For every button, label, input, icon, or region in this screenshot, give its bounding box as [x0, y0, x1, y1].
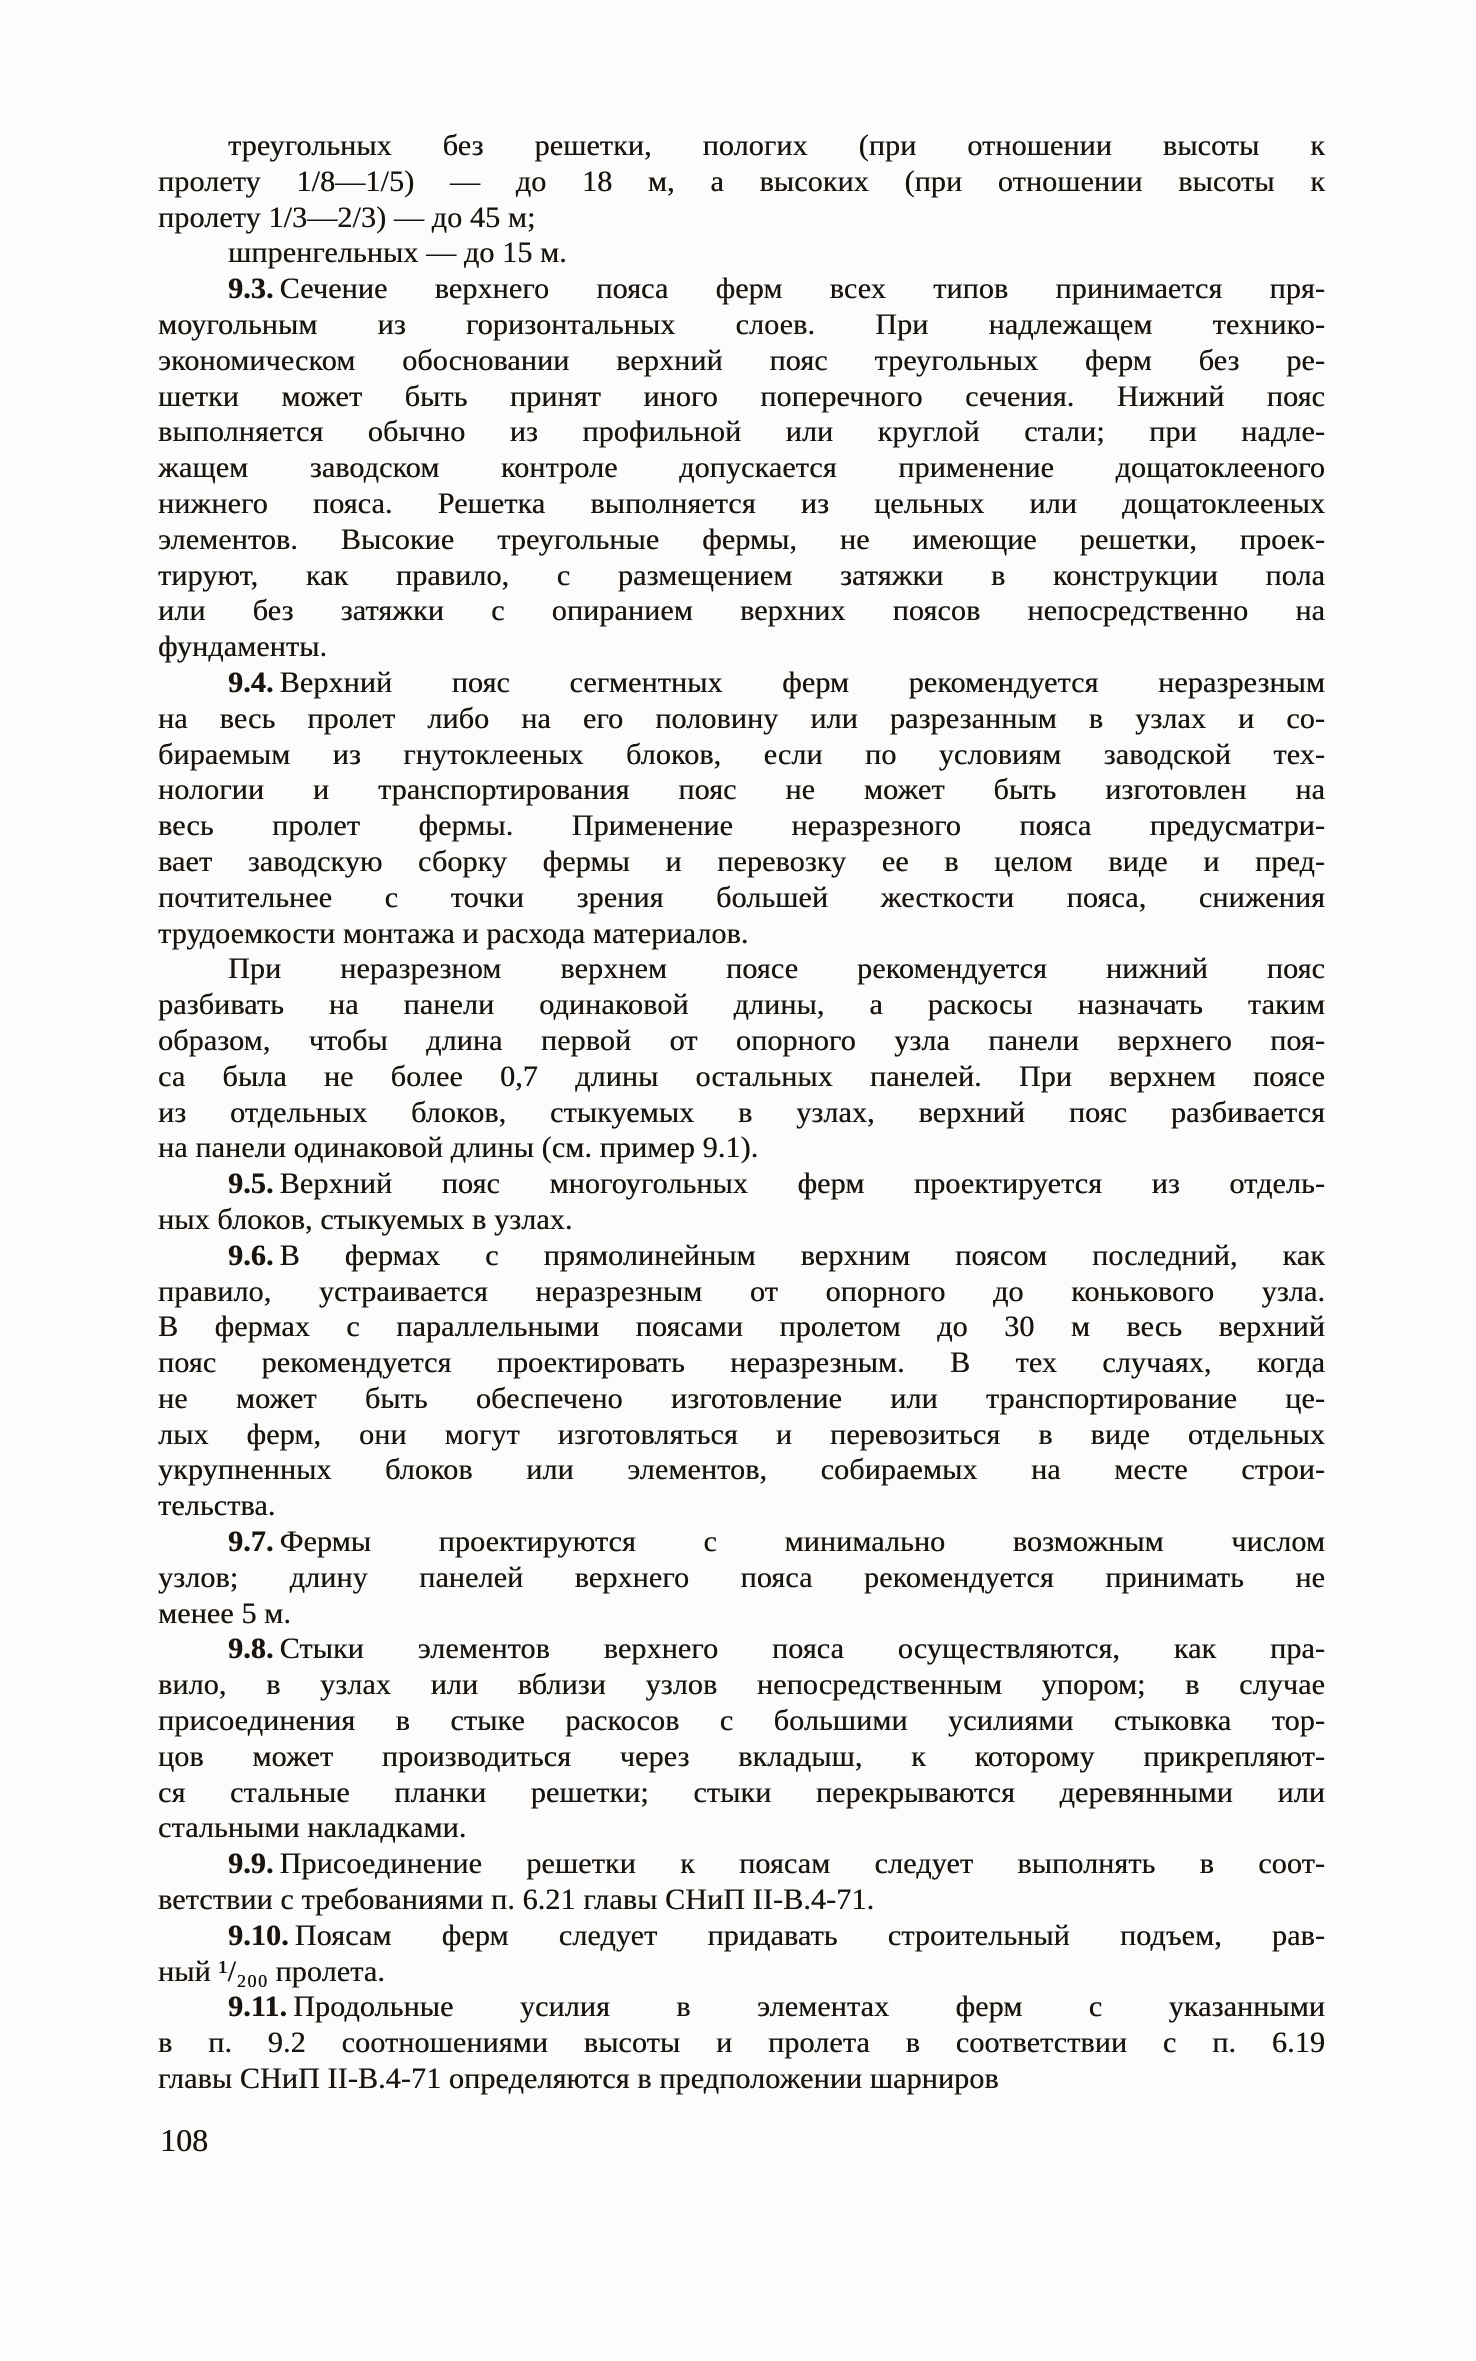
text-line: цов может производиться через вкладыш, к…	[158, 1739, 1325, 1775]
text-line: экономическом обосновании верхний пояс т…	[158, 343, 1325, 379]
text-line: 9.6.В фермах с прямолинейным верхним поя…	[158, 1238, 1325, 1274]
text-line: правило, устраивается неразрезным от опо…	[158, 1274, 1325, 1310]
text-line: 9.9.Присоединение решетки к поясам следу…	[158, 1846, 1325, 1882]
text-line: шпренгельных — до 15 м.	[158, 235, 1325, 271]
text-line: вает заводскую сборку фермы и перевозку …	[158, 844, 1325, 880]
text-line: не может быть обеспечено изготовление ил…	[158, 1381, 1325, 1417]
text-line: 9.7.Фермы проектируются с минимально воз…	[158, 1524, 1325, 1560]
paragraph: 9.5.Верхний пояс многоугольных ферм прое…	[158, 1166, 1325, 1238]
paragraph: При неразрезном верхнем поясе рекомендуе…	[158, 951, 1325, 1166]
text-line: узлов; длину панелей верхнего пояса реко…	[158, 1560, 1325, 1596]
paragraph: шпренгельных — до 15 м.	[158, 235, 1325, 271]
text-line: тельства.	[158, 1488, 1325, 1524]
text-line: ся стальные планки решетки; стыки перекр…	[158, 1775, 1325, 1811]
text-line: менее 5 м.	[158, 1596, 1325, 1632]
paragraph: треугольных без решетки, пологих (при от…	[158, 128, 1325, 235]
text-line: образом, чтобы длина первой от опорного …	[158, 1023, 1325, 1059]
text-line: трудоемкости монтажа и расхода материало…	[158, 916, 1325, 952]
section-number: 9.7.	[228, 1525, 280, 1558]
text-line: ный ¹/₂₀₀ пролета.	[158, 1954, 1325, 1990]
text-line: са была не более 0,7 длины остальных пан…	[158, 1059, 1325, 1095]
text-line: 9.10.Поясам ферм следует придавать строи…	[158, 1918, 1325, 1954]
text-line: нижнего пояса. Решетка выполняется из це…	[158, 486, 1325, 522]
text-line: лых ферм, они могут изготовляться и пере…	[158, 1417, 1325, 1453]
text-line: треугольных без решетки, пологих (при от…	[158, 128, 1325, 164]
section-number: 9.9.	[228, 1847, 280, 1880]
text-line: главы СНиП II-В.4-71 определяются в пред…	[158, 2061, 1325, 2097]
text-line: из отдельных блоков, стыкуемых в узлах, …	[158, 1095, 1325, 1131]
text-line: присоединения в стыке раскосов с большим…	[158, 1703, 1325, 1739]
section-number: 9.6.	[228, 1239, 280, 1272]
text-line: почтительнее с точки зрения большей жест…	[158, 880, 1325, 916]
text-line: элементов. Высокие треугольные фермы, не…	[158, 522, 1325, 558]
text-line: укрупненных блоков или элементов, собира…	[158, 1452, 1325, 1488]
section-number: 9.10.	[228, 1919, 295, 1952]
section-number: 9.3.	[228, 272, 280, 305]
text-line: пролету 1/8—1/5) — до 18 м, а высоких (п…	[158, 164, 1325, 200]
paragraph: 9.6.В фермах с прямолинейным верхним поя…	[158, 1238, 1325, 1524]
text-line: нологии и транспортирования пояс не може…	[158, 772, 1325, 808]
page-text: треугольных без решетки, пологих (при от…	[158, 128, 1325, 2097]
text-line: тируют, как правило, с размещением затяж…	[158, 558, 1325, 594]
paragraph: 9.3.Сечение верхнего пояса ферм всех тип…	[158, 271, 1325, 665]
text-line: 9.8.Стыки элементов верхнего пояса осуще…	[158, 1631, 1325, 1667]
text-line: 9.5.Верхний пояс многоугольных ферм прое…	[158, 1166, 1325, 1202]
text-line: 9.3.Сечение верхнего пояса ферм всех тип…	[158, 271, 1325, 307]
paragraph: 9.7.Фермы проектируются с минимально воз…	[158, 1524, 1325, 1631]
text-line: 9.4.Верхний пояс сегментных ферм рекомен…	[158, 665, 1325, 701]
text-line: или без затяжки с опиранием верхних пояс…	[158, 593, 1325, 629]
text-line: шетки может быть принят иного поперечног…	[158, 379, 1325, 415]
text-line: бираемым из гнутоклееных блоков, если по…	[158, 737, 1325, 773]
text-line: разбивать на панели одинаковой длины, а …	[158, 987, 1325, 1023]
text-line: в п. 9.2 соотношениями высоты и пролета …	[158, 2025, 1325, 2061]
text-line: фундаменты.	[158, 629, 1325, 665]
section-number: 9.4.	[228, 666, 280, 699]
text-line: ветствии с требованиями п. 6.21 главы СН…	[158, 1882, 1325, 1918]
section-number: 9.11.	[228, 1990, 293, 2023]
paragraph: 9.8.Стыки элементов верхнего пояса осуще…	[158, 1631, 1325, 1846]
text-line: 9.11.Продольные усилия в элементах ферм …	[158, 1989, 1325, 2025]
text-line: пояс рекомендуется проектировать неразре…	[158, 1345, 1325, 1381]
text-line: ных блоков, стыкуемых в узлах.	[158, 1202, 1325, 1238]
text-line: моугольным из горизонтальных слоев. При …	[158, 307, 1325, 343]
text-line: выполняется обычно из профильной или кру…	[158, 414, 1325, 450]
text-line: стальными накладками.	[158, 1810, 1325, 1846]
scanned-page: треугольных без решетки, пологих (при от…	[0, 0, 1476, 2361]
text-line: вило, в узлах или вблизи узлов непосредс…	[158, 1667, 1325, 1703]
section-number: 9.8.	[228, 1632, 280, 1665]
text-line: пролету 1/3—2/3) — до 45 м;	[158, 200, 1325, 236]
paragraph: 9.4.Верхний пояс сегментных ферм рекомен…	[158, 665, 1325, 951]
paragraph: 9.10.Поясам ферм следует придавать строи…	[158, 1918, 1325, 1990]
section-number: 9.5.	[228, 1167, 280, 1200]
text-line: жащем заводском контроле допускается при…	[158, 450, 1325, 486]
text-line: В фермах с параллельными поясами пролето…	[158, 1309, 1325, 1345]
text-line: на весь пролет либо на его половину или …	[158, 701, 1325, 737]
text-line: весь пролет фермы. Применение неразрезно…	[158, 808, 1325, 844]
text-line: При неразрезном верхнем поясе рекомендуе…	[158, 951, 1325, 987]
paragraph: 9.9.Присоединение решетки к поясам следу…	[158, 1846, 1325, 1918]
paragraph: 9.11.Продольные усилия в элементах ферм …	[158, 1989, 1325, 2096]
text-line: на панели одинаковой длины (см. пример 9…	[158, 1130, 1325, 1166]
page-number: 108	[160, 2122, 208, 2158]
